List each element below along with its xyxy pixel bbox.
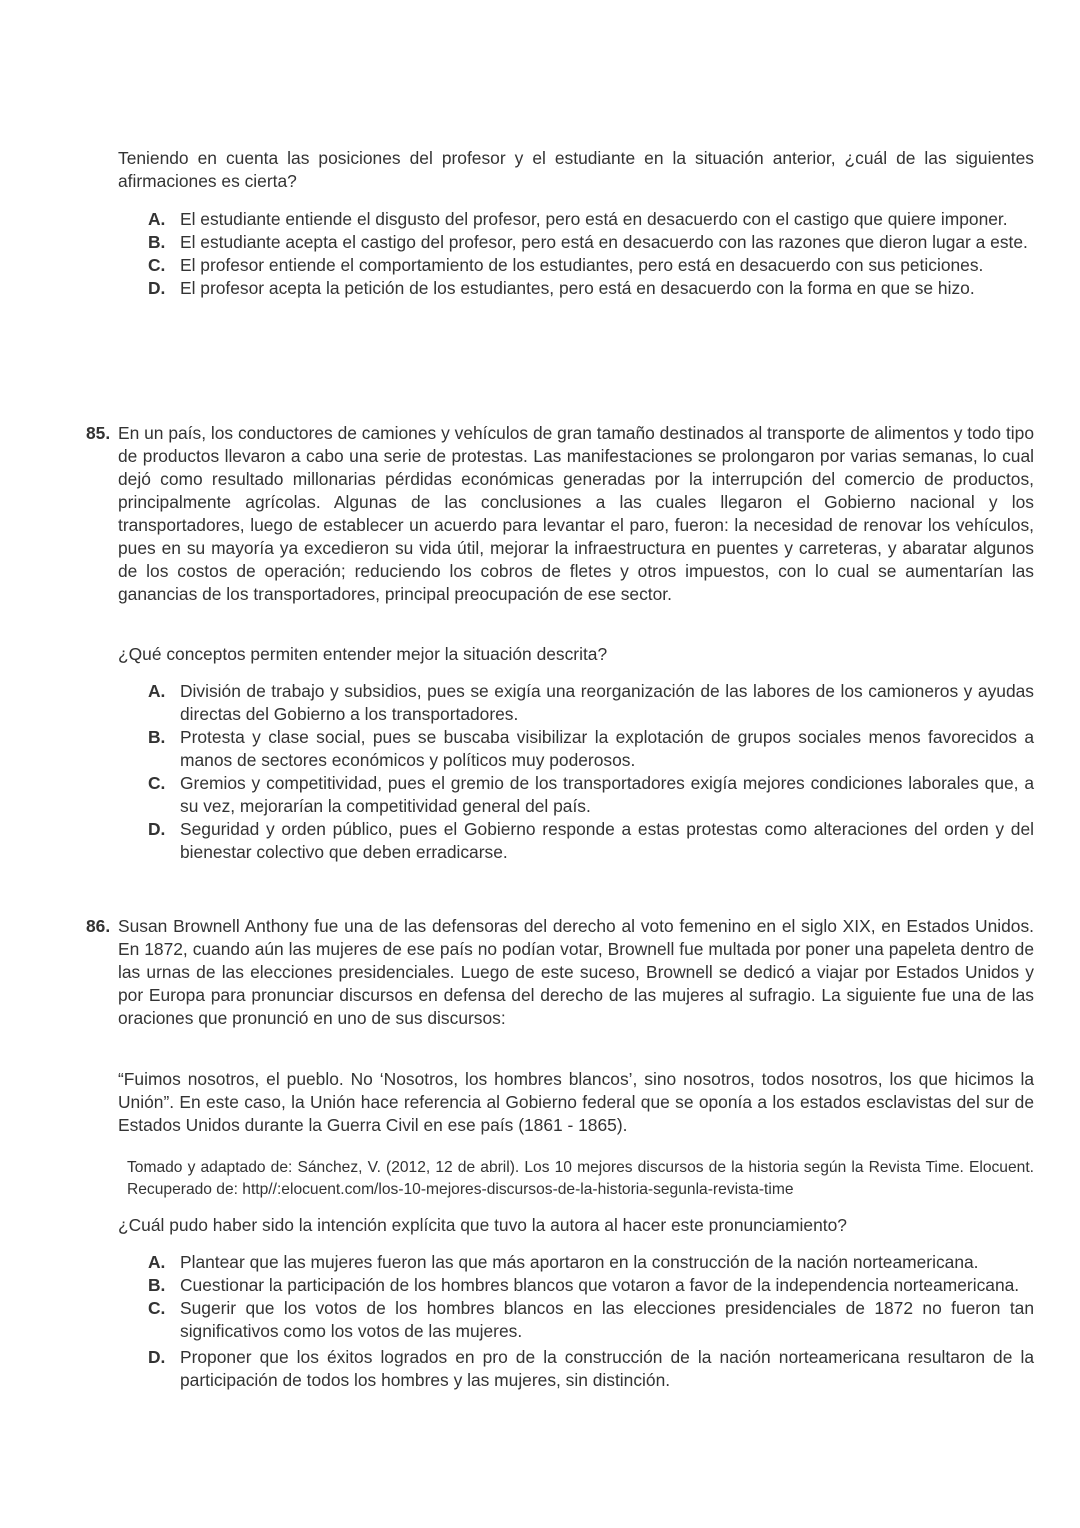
option-c[interactable]: C. Gremios y competitividad, pues el gre… (148, 772, 1034, 818)
option-d[interactable]: D. El profesor acepta la petición de los… (148, 277, 1034, 300)
question-85-passage: En un país, los conductores de camiones … (118, 422, 1034, 606)
option-text: Protesta y clase social, pues se buscaba… (180, 727, 1034, 770)
question-85-prompt: ¿Qué conceptos permiten entender mejor l… (118, 643, 1034, 666)
prev-question-stem: Teniendo en cuenta las posiciones del pr… (118, 147, 1034, 193)
question-86-citation: Tomado y adaptado de: Sánchez, V. (2012,… (127, 1157, 1034, 1201)
option-d[interactable]: D. Proponer que los éxitos logrados en p… (148, 1346, 1034, 1392)
option-text: Gremios y competitividad, pues el gremio… (180, 773, 1034, 816)
option-letter: D. (148, 1346, 165, 1369)
option-letter: B. (148, 1274, 165, 1297)
option-a[interactable]: A. Plantear que las mujeres fueron las q… (148, 1251, 1034, 1274)
option-text: Seguridad y orden público, pues el Gobie… (180, 819, 1034, 862)
option-a[interactable]: A. El estudiante entiende el disgusto de… (148, 208, 1034, 231)
question-86: 86. Susan Brownell Anthony fue una de la… (86, 915, 1034, 1030)
option-letter: B. (148, 726, 165, 749)
option-letter: A. (148, 208, 165, 231)
question-86-prompt: ¿Cuál pudo haber sido la intención explí… (118, 1214, 1034, 1237)
option-text: Proponer que los éxitos logrados en pro … (180, 1347, 1034, 1390)
option-c[interactable]: C. Sugerir que los votos de los hombres … (148, 1297, 1034, 1343)
option-letter: A. (148, 680, 165, 703)
option-b[interactable]: B. El estudiante acepta el castigo del p… (148, 231, 1034, 254)
option-d[interactable]: D. Seguridad y orden público, pues el Go… (148, 818, 1034, 864)
option-text: Sugerir que los votos de los hombres bla… (180, 1298, 1034, 1341)
question-86-passage: Susan Brownell Anthony fue una de las de… (118, 915, 1034, 1030)
option-text: División de trabajo y subsidios, pues se… (180, 681, 1034, 724)
option-a[interactable]: A. División de trabajo y subsidios, pues… (148, 680, 1034, 726)
prev-question-options: A. El estudiante entiende el disgusto de… (148, 208, 1034, 300)
option-text: El estudiante acepta el castigo del prof… (180, 232, 1028, 252)
option-b[interactable]: B. Protesta y clase social, pues se busc… (148, 726, 1034, 772)
question-number: 86. (86, 915, 118, 938)
option-letter: C. (148, 772, 165, 795)
option-text: El profesor entiende el comportamiento d… (180, 255, 983, 275)
exam-page: Teniendo en cuenta las posiciones del pr… (0, 0, 1080, 1528)
option-text: El profesor acepta la petición de los es… (180, 278, 975, 298)
option-text: Plantear que las mujeres fueron las que … (180, 1252, 979, 1272)
option-letter: C. (148, 1297, 165, 1320)
question-number: 85. (86, 422, 118, 445)
option-text: Cuestionar la participación de los hombr… (180, 1275, 1019, 1295)
question-85-options: A. División de trabajo y subsidios, pues… (148, 680, 1034, 864)
option-text: El estudiante entiende el disgusto del p… (180, 209, 1008, 229)
option-letter: B. (148, 231, 165, 254)
question-86-options: A. Plantear que las mujeres fueron las q… (148, 1251, 1034, 1392)
option-letter: C. (148, 254, 165, 277)
option-letter: D. (148, 818, 165, 841)
option-letter: A. (148, 1251, 165, 1274)
option-letter: D. (148, 277, 165, 300)
question-85: 85. En un país, los conductores de camio… (86, 422, 1034, 606)
option-b[interactable]: B. Cuestionar la participación de los ho… (148, 1274, 1034, 1297)
question-86-quote: “Fuimos nosotros, el pueblo. No ‘Nosotro… (118, 1068, 1034, 1137)
option-c[interactable]: C. El profesor entiende el comportamient… (148, 254, 1034, 277)
